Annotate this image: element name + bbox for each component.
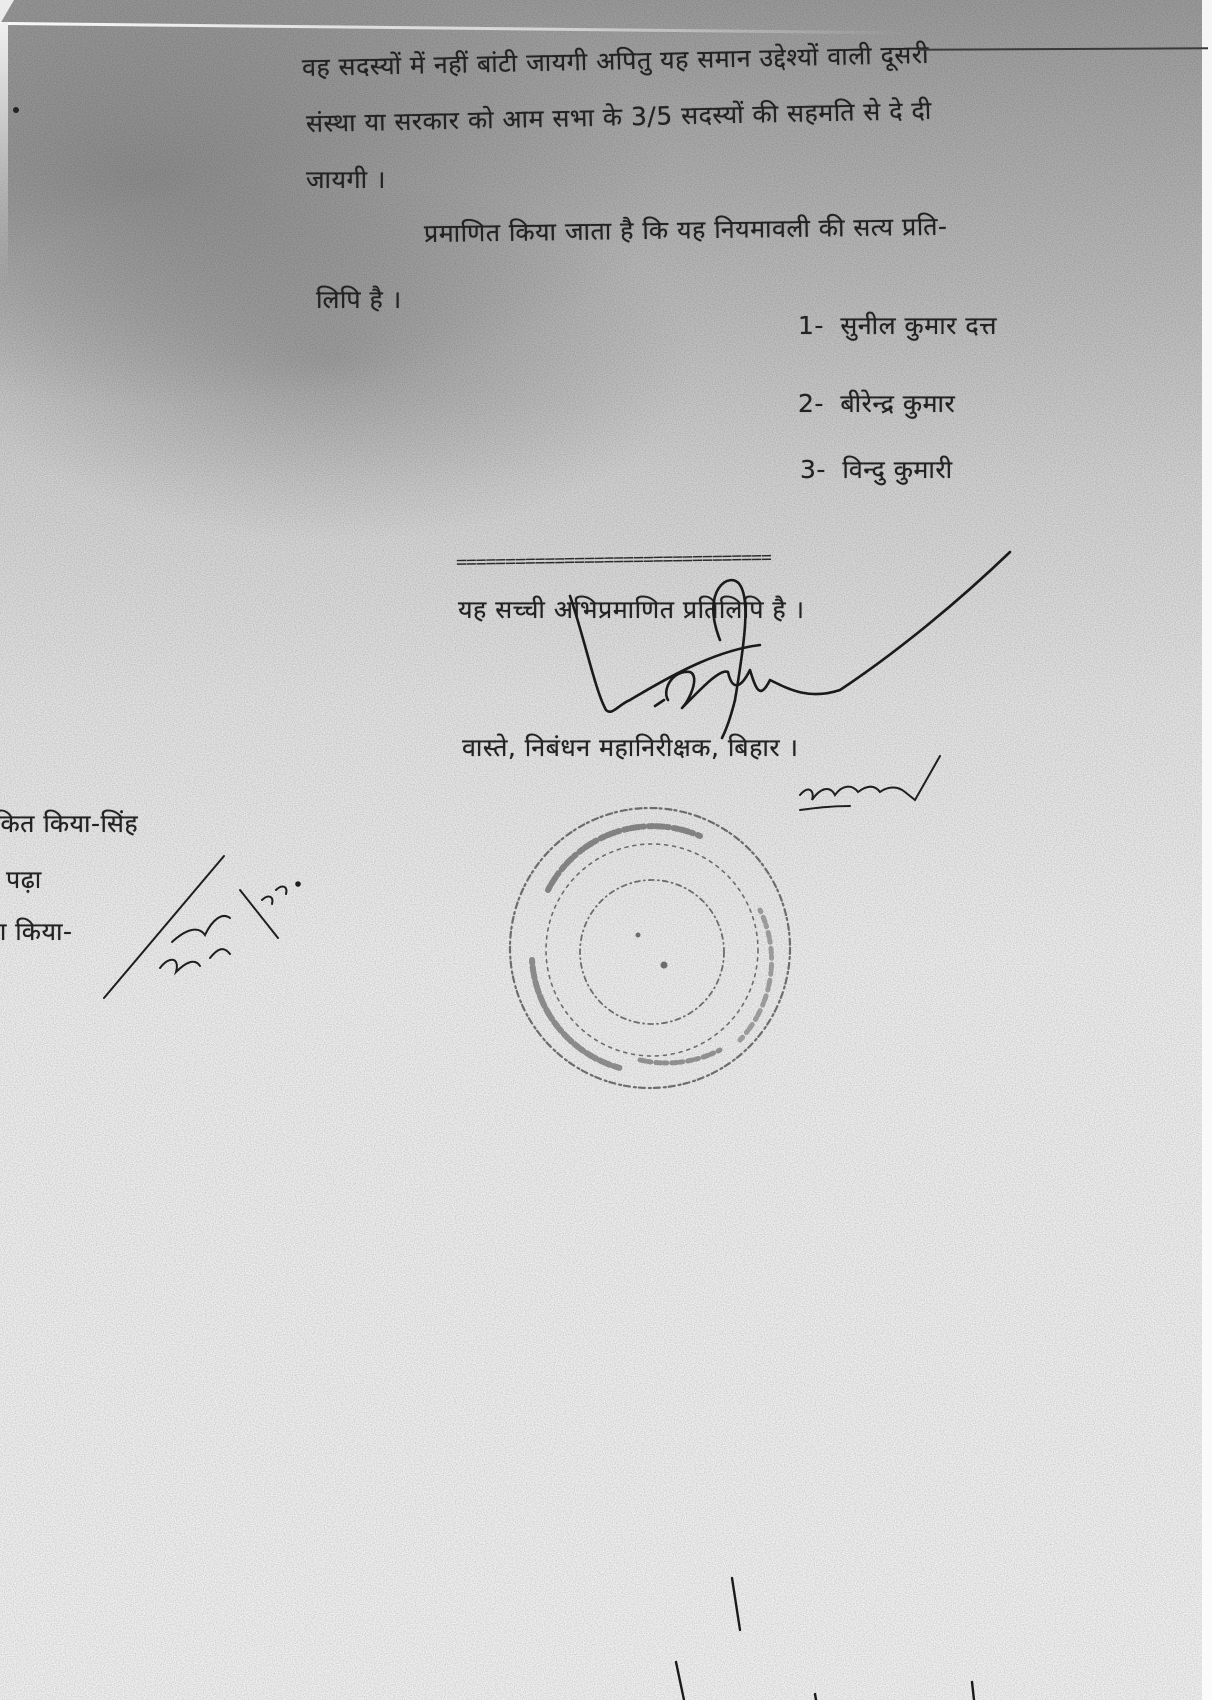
signatory-item: 2- बीरेन्द्र कुमार [798, 386, 955, 420]
scan-noise-texture [0, 0, 1212, 1700]
signatory-name: बीरेन्द्र कुमार [840, 389, 955, 418]
margin-note-1: कित किया-सिंह [0, 806, 138, 840]
designation-text: वास्ते, निबंधन महानिरीक्षक, बिहार । [462, 730, 798, 764]
signatory-item: 1- सुनील कुमार दत्त [798, 308, 997, 342]
attestation-text: यह सच्ची अभिप्रमाणित प्रतिलिपि है । [458, 592, 805, 626]
scanned-page [0, 0, 1212, 1700]
margin-note-2: पढ़ा [6, 862, 42, 896]
certification-line-2: लिपि है । [316, 282, 402, 316]
margin-note-3: ना किया- [0, 914, 72, 948]
signatory-item: 3- विन्दु कुमारी [800, 452, 953, 486]
signatory-number: 3- [800, 455, 826, 484]
signatory-name: सुनील कुमार दत्त [840, 311, 997, 340]
page-left-edge [0, 22, 8, 282]
page-right-margin [1202, 0, 1212, 1700]
signatory-number: 2- [798, 389, 824, 418]
paragraph-line-3: जायगी । [306, 162, 386, 196]
signatory-number: 1- [798, 311, 824, 340]
signatory-name: विन्दु कुमारी [842, 455, 952, 484]
page-corner [0, 0, 14, 24]
